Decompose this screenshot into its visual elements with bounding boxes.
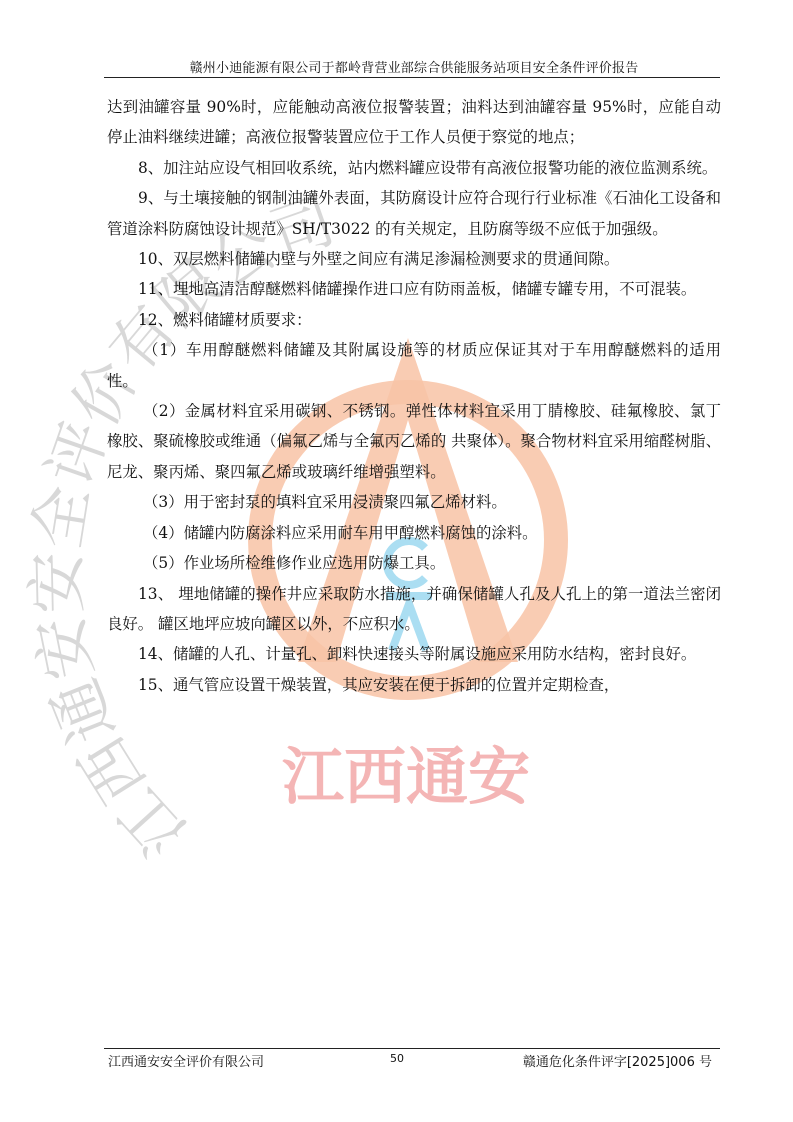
paragraph: 10、双层燃料储罐内壁与外壁之间应有满足渗漏检测要求的贯通间隙。 (107, 244, 721, 274)
sub-paragraph: （5）作业场所检维修作业应选用防爆工具。 (107, 548, 721, 578)
header-divider (104, 77, 720, 78)
paragraph: 13、 埋地储罐的操作井应采取防水措施，并确保储罐人孔及人孔上的第一道法兰密闭良… (107, 579, 721, 640)
sub-paragraph: （3）用于密封泵的填料宜采用浸渍聚四氟乙烯材料。 (107, 487, 721, 517)
paragraph: 15、通气管应设置干燥装置，其应安装在便于拆卸的位置并定期检查， (107, 670, 721, 700)
paragraph: 9、与土壤接触的钢制油罐外表面，其防腐设计应符合现行行业标准《石油化工设备和管道… (107, 183, 721, 244)
sub-paragraph: （4）储罐内防腐涂料应采用耐车用甲醇燃料腐蚀的涂料。 (107, 518, 721, 548)
footer-company: 江西通安安全评价有限公司 (108, 1051, 264, 1070)
page-header-title: 赣州小迪能源有限公司于都岭背营业部综合供能服务站项目安全条件评价报告 (108, 57, 720, 76)
paragraph: 8、加注站应设气相回收系统，站内燃料罐应设带有高液位报警功能的液位监测系统。 (107, 153, 721, 183)
paragraph: 11、埋地高清洁醇醚燃料储罐操作进口应有防雨盖板，储罐专罐专用，不可混装。 (107, 274, 721, 304)
paragraph: 14、储罐的人孔、计量孔、卸料快速接头等附属设施应采用防水结构，密封良好。 (107, 639, 721, 669)
paragraph: 达到油罐容量 90%时，应能触动高液位报警装置；油料达到油罐容量 95%时，应能… (107, 92, 721, 153)
document-body: 达到油罐容量 90%时，应能触动高液位报警装置；油料达到油罐容量 95%时，应能… (107, 92, 721, 700)
footer-divider (104, 1048, 720, 1049)
sub-paragraph: （2）金属材料宜采用碳钢、不锈钢。弹性体材料宜采用丁腈橡胶、硅氟橡胶、氯丁橡胶、… (107, 396, 721, 487)
watermark-stamp-text: 江西通安 (282, 740, 530, 813)
page-footer: 江西通安安全评价有限公司 50 赣通危化条件评字[2025]006 号 (108, 1051, 718, 1071)
footer-doc-number: 赣通危化条件评字[2025]006 号 (523, 1051, 712, 1070)
page-number: 50 (390, 1052, 404, 1065)
sub-paragraph: （1）车用醇醚燃料储罐及其附属设施等的材质应保证其对于车用醇醚燃料的适用性。 (107, 335, 721, 396)
paragraph: 12、燃料储罐材质要求： (107, 305, 721, 335)
